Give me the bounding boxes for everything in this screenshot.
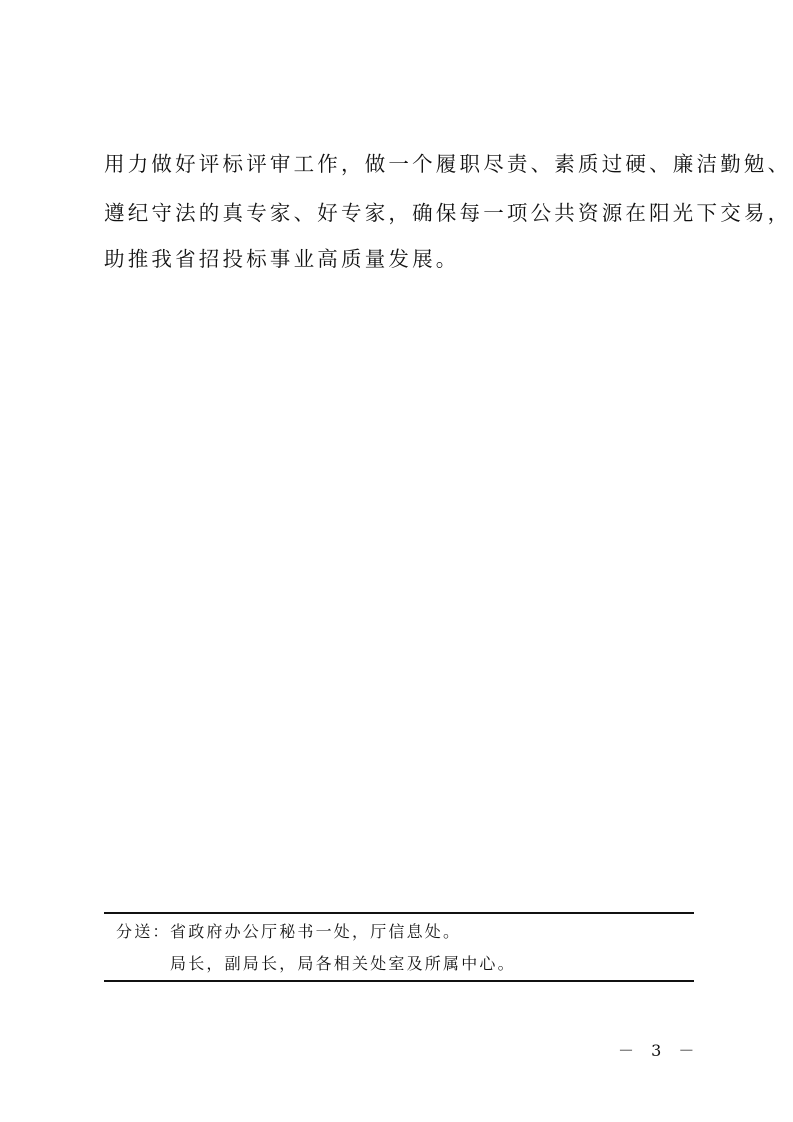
distribution-label: 分送：	[116, 921, 171, 943]
body-paragraph-line: 用力做好评标评审工作，做一个履职尽责、素质过硬、廉洁勤勉、	[104, 150, 791, 178]
distribution-bottom-rule	[104, 980, 694, 982]
body-paragraph-line: 助推我省招投标事业高质量发展。	[104, 245, 460, 273]
distribution-top-rule	[104, 912, 694, 914]
page-number: － 3 －	[618, 1038, 700, 1061]
body-paragraph-line: 遵纪守法的真专家、好专家，确保每一项公共资源在阳光下交易，	[104, 199, 791, 227]
distribution-recipient: 局长，副局长，局各相关处室及所属中心。	[170, 953, 516, 975]
distribution-recipient: 省政府办公厅秘书一处，厅信息处。	[170, 921, 461, 943]
